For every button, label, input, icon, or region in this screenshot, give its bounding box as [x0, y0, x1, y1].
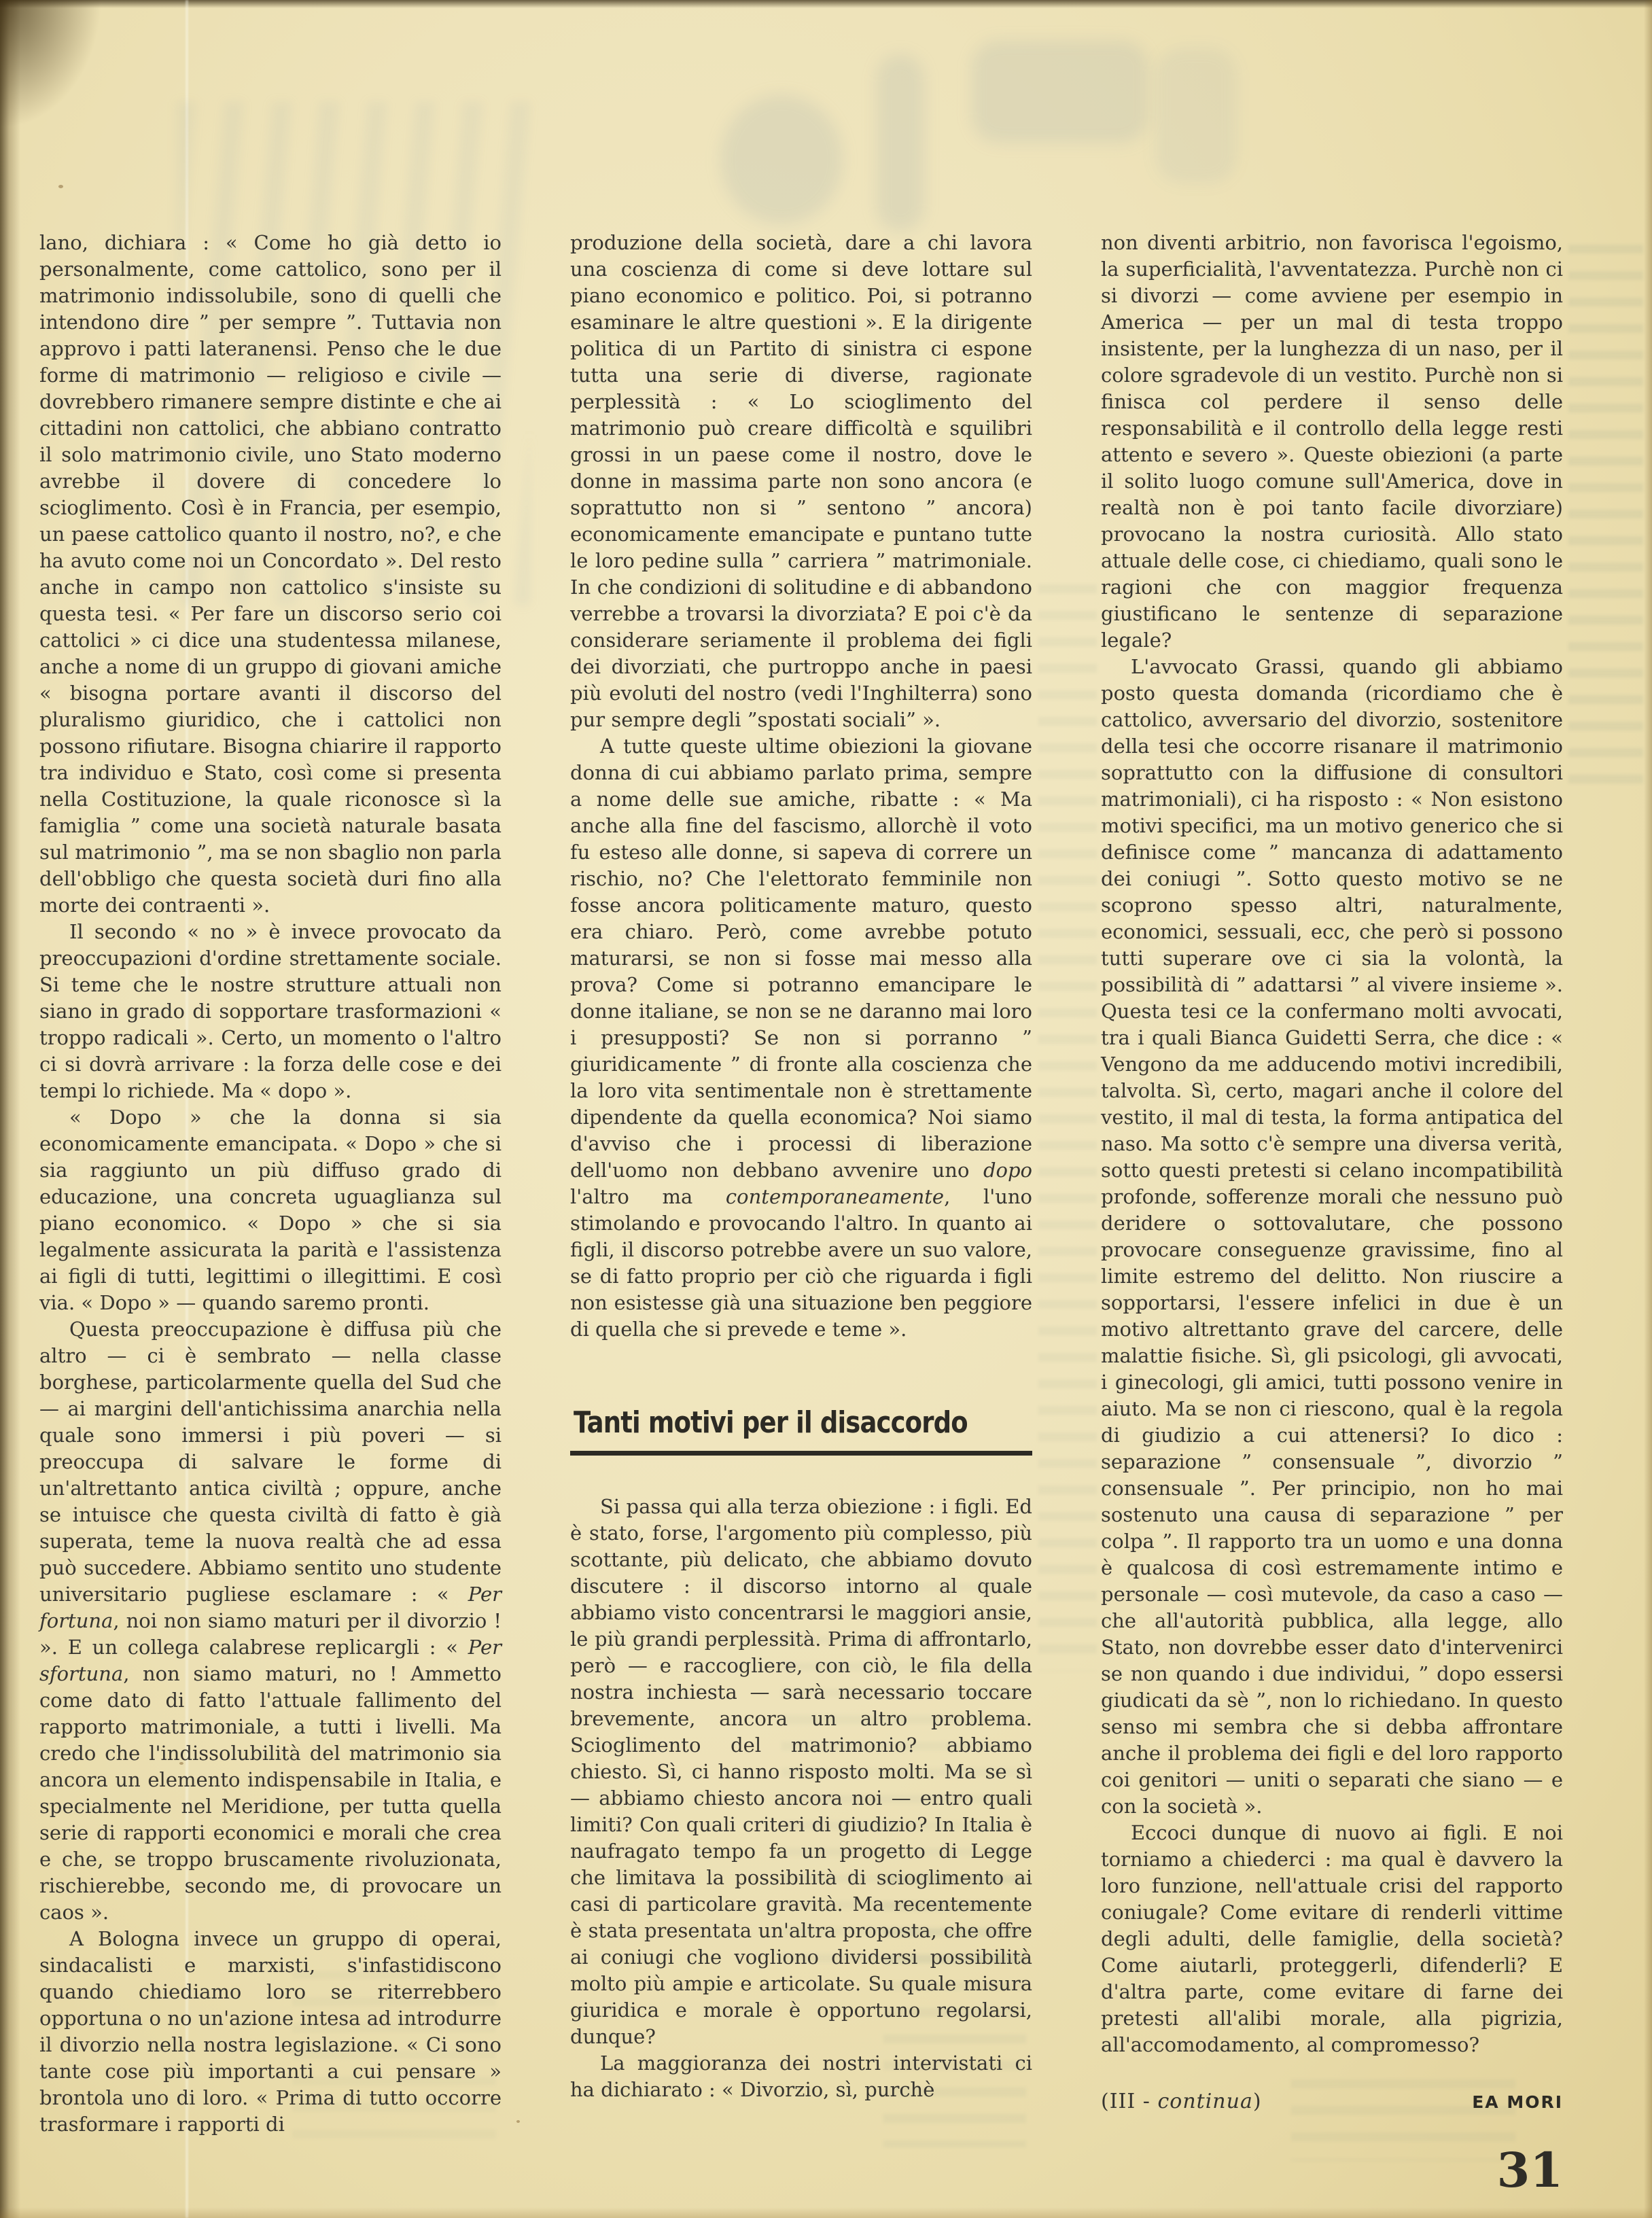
text-run: produzione della società, dare a chi lav…: [570, 231, 1032, 731]
page-bottom-edge-shadow: [0, 2207, 1652, 2218]
italic-text: contemporaneamente: [726, 1185, 944, 1208]
paragraph: Questa preoccupazione è diffusa più che …: [39, 1316, 502, 1926]
showthrough-ghost: [877, 54, 924, 231]
paper-speck: [58, 185, 63, 188]
showthrough-ghost: [1568, 245, 1643, 788]
section-heading: Tanti motivi per il disaccordo: [570, 1405, 958, 1440]
paragraph: L'avvocato Grassi, quando gli abbiamo po…: [1101, 654, 1563, 1820]
text-run: lano, dichiara : « Come ho già detto io …: [39, 231, 502, 917]
paragraph: « Dopo » che la donna si sia economicame…: [39, 1104, 502, 1316]
paragraph: produzione della società, dare a chi lav…: [570, 230, 1032, 733]
italic-text: dopo: [983, 1159, 1032, 1182]
page-right-edge-shadow: [1644, 0, 1652, 2218]
text-run: Questa preoccupazione è diffusa più che …: [39, 1318, 502, 1606]
text-run: Il secondo « no » è invece provocato da …: [39, 920, 502, 1102]
author-byline: EA MORI: [1472, 2092, 1563, 2112]
text-run: L'avvocato Grassi, quando gli abbiamo po…: [1101, 655, 1563, 1818]
text-run: Eccoci dunque di nuovo ai figli. E noi t…: [1101, 1821, 1563, 2056]
article-signoff: (III - continua) EA MORI: [1101, 2090, 1563, 2113]
text-run: A Bologna invece un gruppo di operai, si…: [39, 1927, 502, 2136]
text-run: , non siamo maturi, no ! Ammetto come da…: [39, 1662, 502, 1924]
text-run: Si passa qui alla terza obiezione : i fi…: [570, 1495, 1032, 2048]
text-run: « Dopo » che la donna si sia economicame…: [39, 1106, 502, 1314]
column-2-upper: produzione della società, dare a chi lav…: [570, 230, 1032, 1343]
text-run: l'altro ma: [570, 1185, 726, 1208]
italic-text: continua: [1157, 2090, 1252, 2113]
page-corner-shadow: [0, 0, 102, 129]
paragraph: A tutte queste ultime obiezioni la giova…: [570, 733, 1032, 1343]
page-number: 31: [1497, 2142, 1563, 2198]
paragraph: non diventi arbitrio, non favorisca l'eg…: [1101, 230, 1563, 654]
showthrough-ghost: [972, 41, 1148, 143]
heading-rule: [570, 1451, 1032, 1456]
text-run: (III -: [1101, 2090, 1157, 2113]
text-run: ): [1253, 2090, 1262, 2113]
text-run: non diventi arbitrio, non favorisca l'eg…: [1101, 231, 1563, 652]
paragraph: Eccoci dunque di nuovo ai figli. E noi t…: [1101, 1820, 1563, 2058]
column-2-lower: Si passa qui alla terza obiezione : i fi…: [570, 1494, 1032, 2103]
page-left-edge-shadow: [0, 0, 20, 2218]
column-1: lano, dichiara : « Come ho già detto io …: [39, 230, 502, 2138]
paragraph: lano, dichiara : « Come ho già detto io …: [39, 230, 502, 919]
paragraph: Si passa qui alla terza obiezione : i fi…: [570, 1494, 1032, 2050]
article-body: lano, dichiara : « Come ho già detto io …: [39, 230, 1563, 2138]
column-3-text: non diventi arbitrio, non favorisca l'eg…: [1101, 230, 1563, 2058]
showthrough-ghost: [1155, 48, 1237, 183]
showthrough-ghost: [720, 95, 843, 224]
column-3: non diventi arbitrio, non favorisca l'eg…: [1101, 230, 1563, 2138]
paragraph: Il secondo « no » è invece provocato da …: [39, 919, 502, 1104]
page-top-edge-shadow: [0, 0, 1652, 8]
continuation-note: (III - continua): [1101, 2090, 1262, 2113]
magazine-page: lano, dichiara : « Come ho già detto io …: [0, 0, 1652, 2218]
text-run: , l'uno stimolando e provocando l'altro.…: [570, 1185, 1032, 1341]
column-2: produzione della società, dare a chi lav…: [570, 230, 1032, 2138]
text-run: A tutte queste ultime obiezioni la giova…: [570, 735, 1032, 1182]
paragraph: La maggioranza dei nostri intervistati c…: [570, 2050, 1032, 2103]
paragraph: A Bologna invece un gruppo di operai, si…: [39, 1926, 502, 2138]
text-run: La maggioranza dei nostri intervistati c…: [570, 2052, 1032, 2101]
